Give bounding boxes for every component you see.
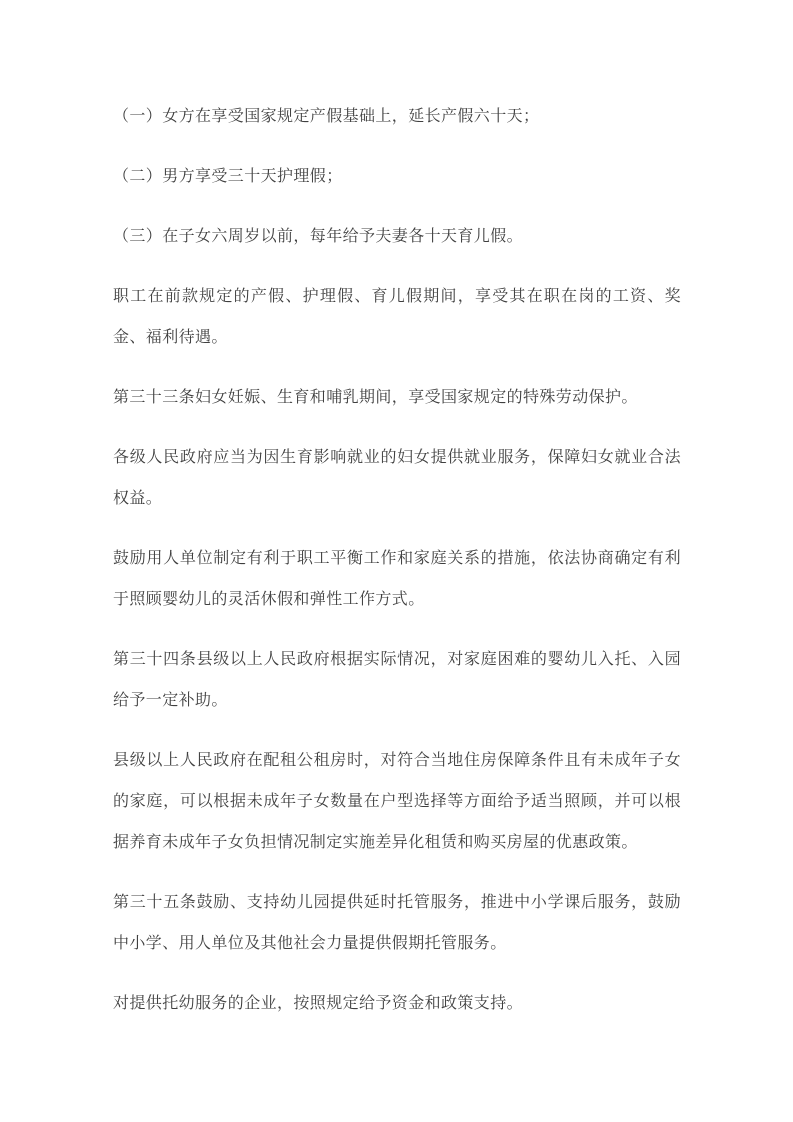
paragraph-employer-measures: 鼓励用人单位制定有利于职工平衡工作和家庭关系的措施，依法协商确定有利于照顾婴幼儿… bbox=[113, 538, 681, 620]
clause-item-2: （二）男方享受三十天护理假； bbox=[113, 156, 681, 197]
paragraph-childcare-enterprise-support: 对提供托幼服务的企业，按照规定给予资金和政策支持。 bbox=[113, 983, 681, 1024]
article-35: 第三十五条鼓励、支持幼儿园提供延时托管服务，推进中小学课后服务，鼓励中小学、用人… bbox=[113, 882, 681, 964]
article-34: 第三十四条县级以上人民政府根据实际情况，对家庭困难的婴幼儿入托、入园给予一定补助… bbox=[113, 639, 681, 721]
paragraph-employment-services: 各级人民政府应当为因生育影响就业的妇女提供就业服务，保障妇女就业合法权益。 bbox=[113, 437, 681, 519]
article-33: 第三十三条妇女妊娠、生育和哺乳期间，享受国家规定的特殊劳动保护。 bbox=[113, 377, 681, 418]
clause-item-1: （一）女方在享受国家规定产假基础上，延长产假六十天； bbox=[113, 96, 681, 137]
clause-item-3: （三）在子女六周岁以前，每年给予夫妻各十天育儿假。 bbox=[113, 216, 681, 257]
paragraph-leave-benefits: 职工在前款规定的产假、护理假、育儿假期间，享受其在职在岗的工资、奖金、福利待遇。 bbox=[113, 276, 681, 358]
paragraph-public-housing: 县级以上人民政府在配租公租房时，对符合当地住房保障条件且有未成年子女的家庭，可以… bbox=[113, 740, 681, 863]
document-page: （一）女方在享受国家规定产假基础上，延长产假六十天； （二）男方享受三十天护理假… bbox=[0, 0, 793, 1122]
